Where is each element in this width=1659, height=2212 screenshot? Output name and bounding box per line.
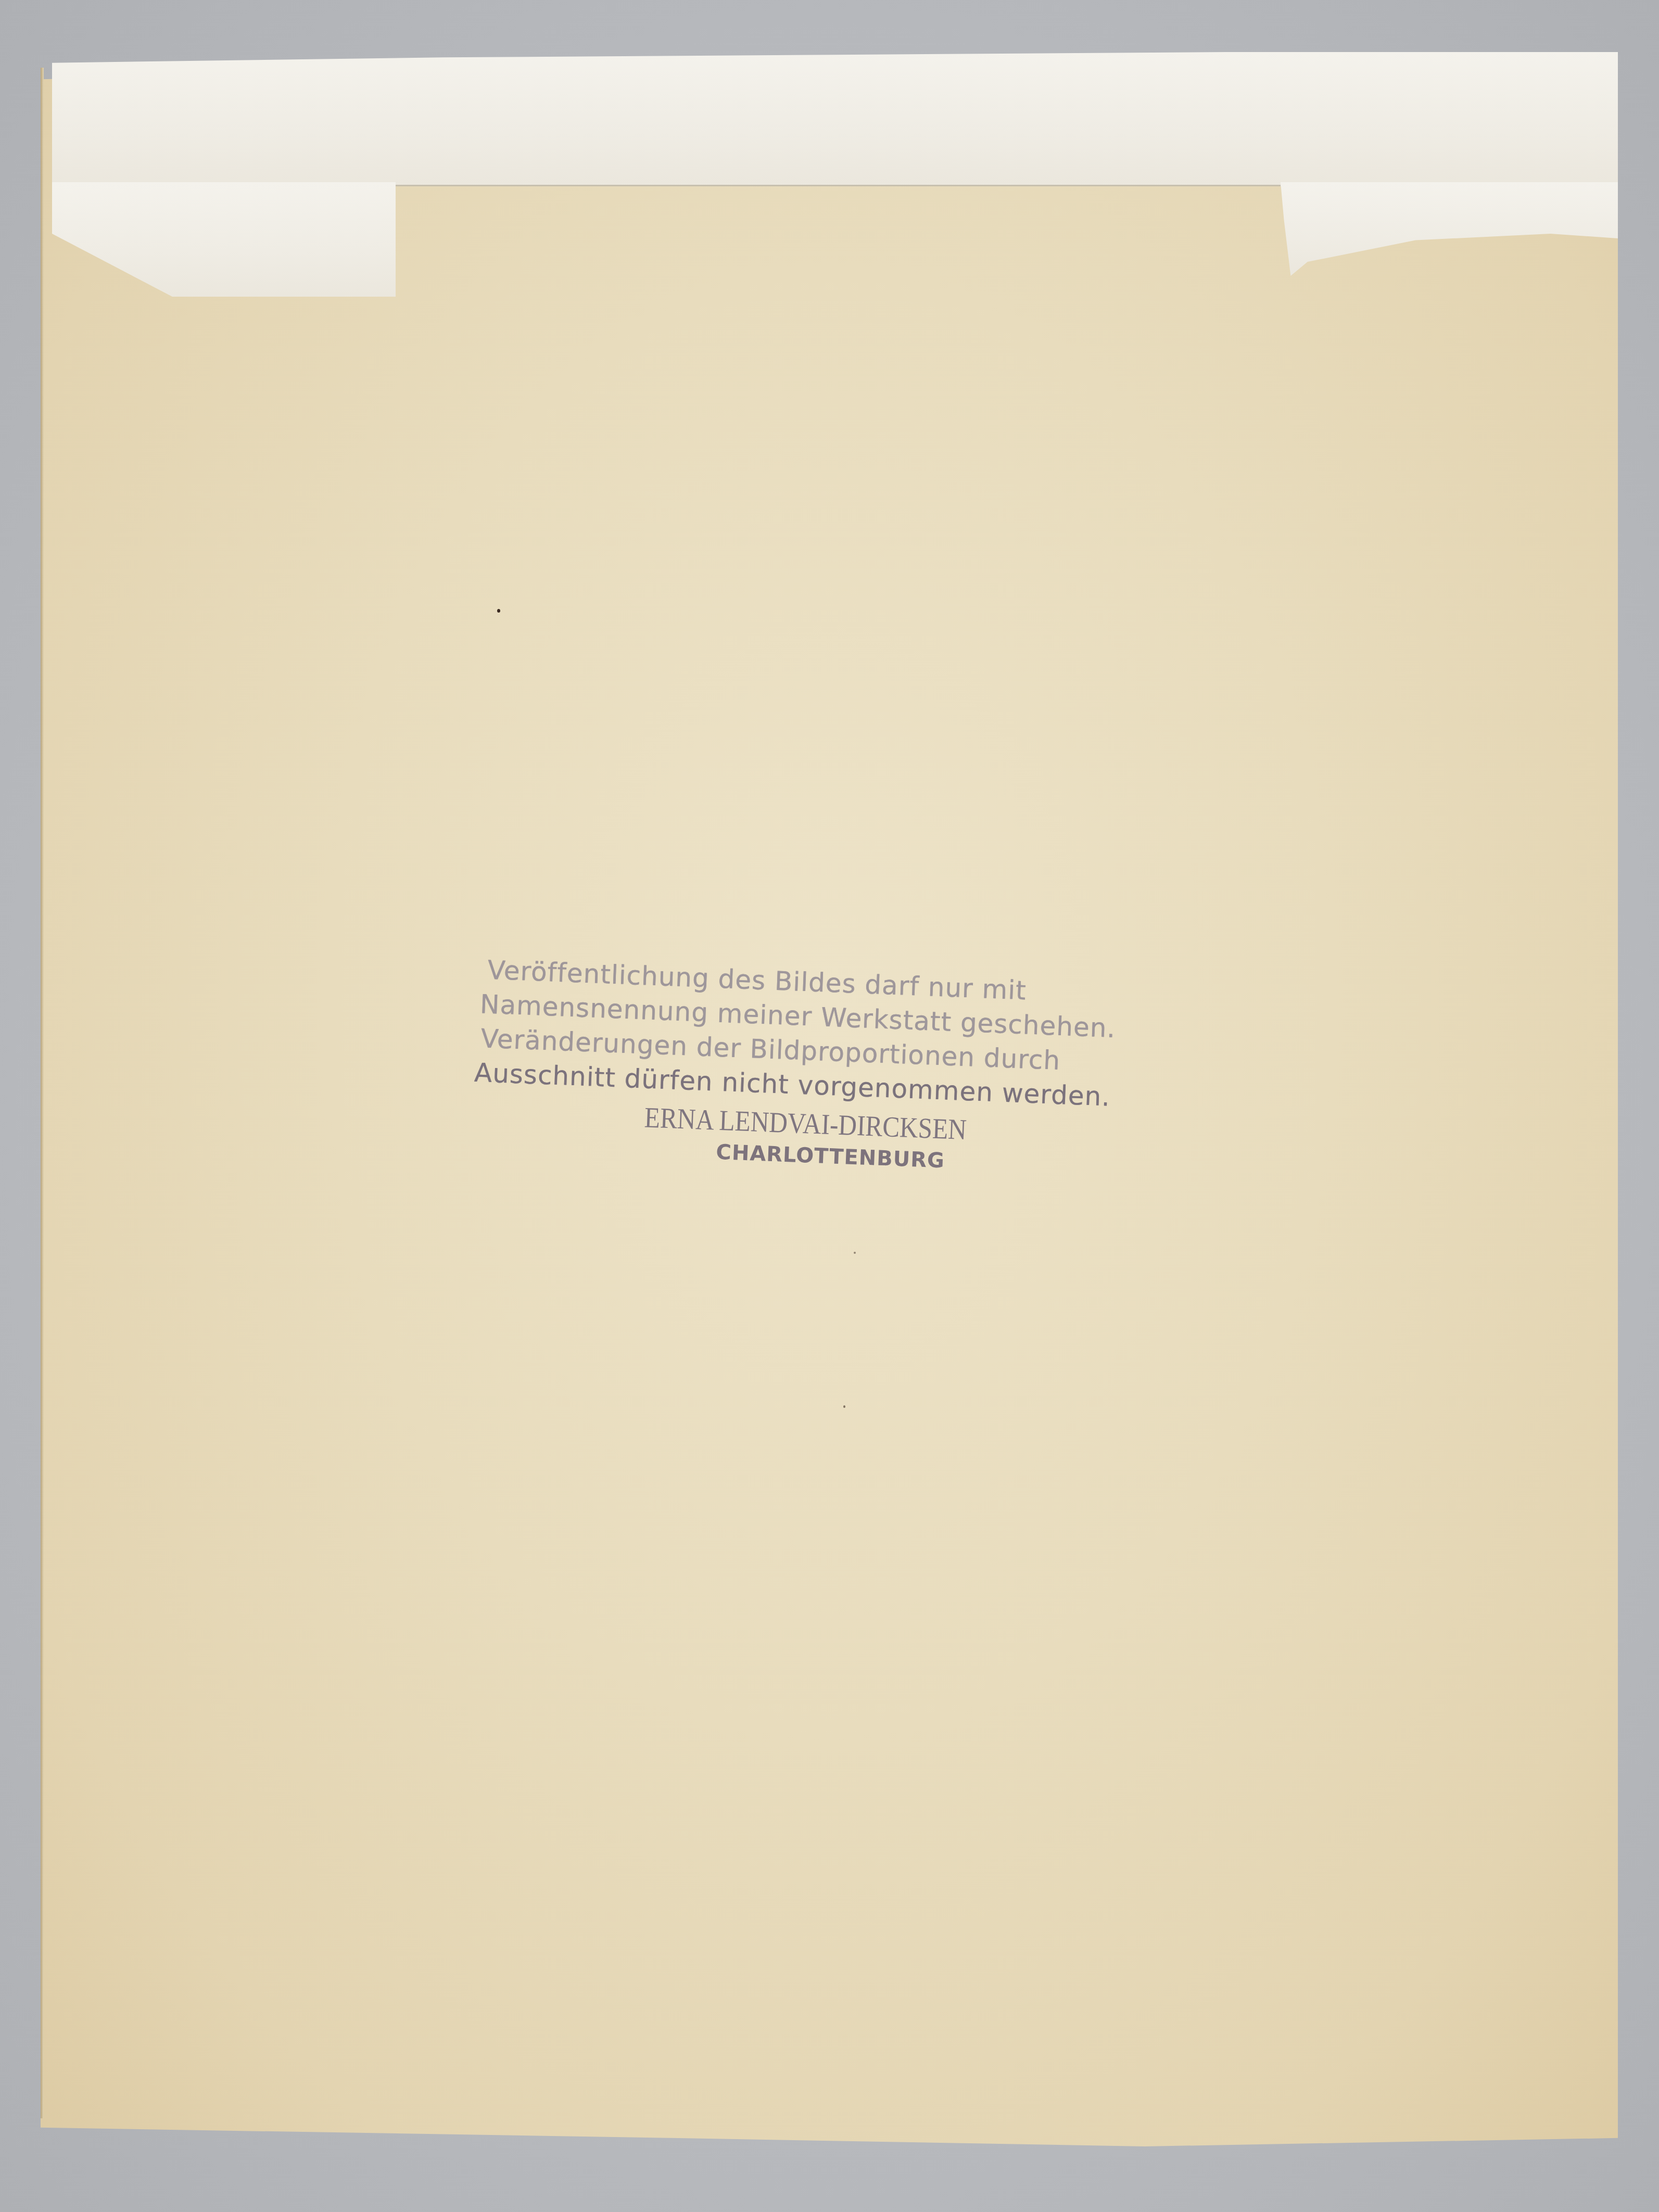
paper-speck (843, 1405, 845, 1408)
tape-edge-line (396, 185, 1281, 186)
paper-speck (854, 1252, 856, 1254)
paper-edge (41, 68, 44, 2118)
photographer-stamp: Veröffentlichung des Bildes darf nur mit… (471, 952, 1197, 1185)
hinge-tape-top (52, 52, 1618, 186)
paper-speck (497, 609, 500, 613)
